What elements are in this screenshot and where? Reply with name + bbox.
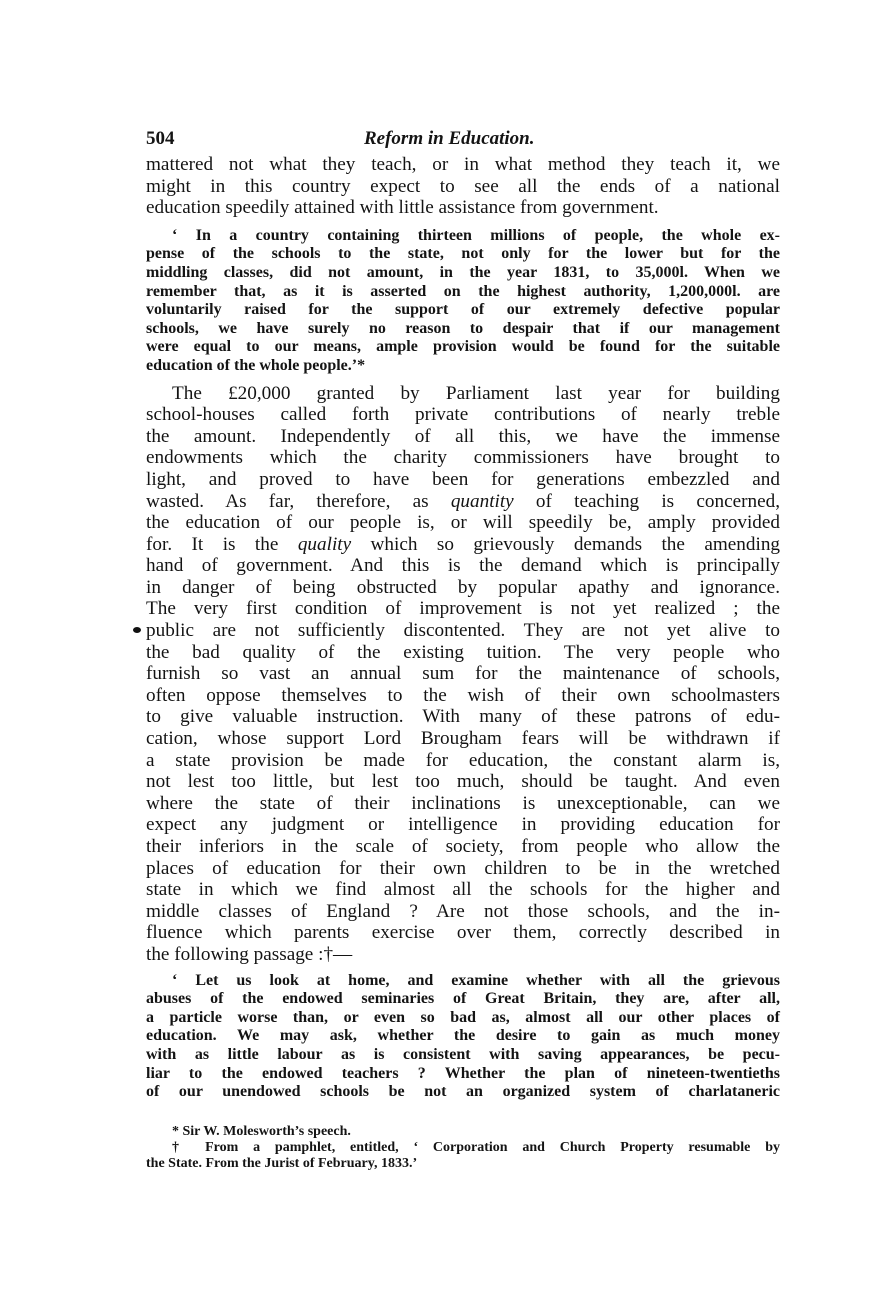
text-line: education speedily attained with little … [146, 197, 780, 219]
quote-line: ‘ In a country containing thirteen milli… [146, 227, 780, 246]
footnote-line: † From a pamphlet, entitled, ‘ Corporati… [146, 1140, 780, 1156]
running-title: Reform in Education. [364, 128, 535, 150]
text-line: The very first condition of improvement … [146, 598, 780, 620]
footnote-dagger: † From a pamphlet, entitled, ‘ Corporati… [146, 1140, 780, 1172]
text-line: in danger of being obstructed by popular… [146, 577, 780, 599]
quote-line: were equal to our means, ample provision… [146, 338, 780, 357]
quote-line: of our unendowed schools be not an organ… [146, 1083, 780, 1102]
text-line: wasted. As far, therefore, as quantity o… [146, 491, 780, 513]
text-line: expect any judgment or intelligence in p… [146, 814, 780, 836]
text-line: cation, whose support Lord Brougham fear… [146, 728, 780, 750]
paragraph-main: The £20,000 granted by Parliament last y… [146, 383, 780, 966]
quote-line: liar to the endowed teachers ? Whether t… [146, 1065, 780, 1084]
text-line: their inferiors in the scale of society,… [146, 836, 780, 858]
text-line: where the state of their inclinations is… [146, 793, 780, 815]
block-quote-molesworth: ‘ In a country containing thirteen milli… [146, 227, 780, 376]
footnotes: * Sir W. Molesworth’s speech. † From a p… [146, 1124, 780, 1172]
italic-emphasis: quality [298, 534, 351, 555]
text-line: fluence which parents exercise over them… [146, 922, 780, 944]
document-page: 504 Reform in Education. mattered not wh… [146, 128, 780, 1172]
quote-line: a particle worse than, or even so bad as… [146, 1009, 780, 1028]
text-line: public are not sufficiently discontented… [146, 620, 780, 642]
text-line: light, and proved to have been for gener… [146, 469, 780, 491]
text-line: places of education for their own childr… [146, 858, 780, 880]
quote-line: schools, we have surely no reason to des… [146, 320, 780, 339]
paragraph-continuation: mattered not what they teach, or in what… [146, 154, 780, 219]
quote-line: abuses of the endowed seminaries of Grea… [146, 990, 780, 1009]
page-number: 504 [146, 128, 175, 150]
footnote-asterisk: * Sir W. Molesworth’s speech. [146, 1124, 780, 1140]
text-line: might in this country expect to see all … [146, 176, 780, 198]
text-line: mattered not what they teach, or in what… [146, 154, 780, 176]
quote-line: pense of the schools to the state, not o… [146, 245, 780, 264]
italic-emphasis: quantity [451, 491, 514, 512]
quote-line: middling classes, did not amount, in the… [146, 264, 780, 283]
text-line: furnish so vast an annual sum for the ma… [146, 663, 780, 685]
text-line: to give valuable instruction. With many … [146, 706, 780, 728]
text-line: often oppose themselves to the wish of t… [146, 685, 780, 707]
text-line: The £20,000 granted by Parliament last y… [146, 383, 780, 405]
text-line: middle classes of England ? Are not thos… [146, 901, 780, 923]
block-quote-jurist: ‘ Let us look at home, and examine wheth… [146, 972, 780, 1102]
quote-line: remember that, as it is asserted on the … [146, 283, 780, 302]
quote-line: education of the whole people.’* [146, 357, 780, 376]
text-line: for. It is the quality which so grievous… [146, 534, 780, 556]
quote-line: ‘ Let us look at home, and examine wheth… [146, 972, 780, 991]
footnote-line: * Sir W. Molesworth’s speech. [146, 1124, 780, 1140]
text-line: not lest too little, but lest too much, … [146, 771, 780, 793]
footnote-line: the State. From the Jurist of February, … [146, 1156, 780, 1172]
text-line: the education of our people is, or will … [146, 512, 780, 534]
ink-blot-icon [133, 627, 141, 633]
text-line: the bad quality of the existing tuition.… [146, 642, 780, 664]
quote-line: with as little labour as is consistent w… [146, 1046, 780, 1065]
quote-line: education. We may ask, whether the desir… [146, 1027, 780, 1046]
text-line: hand of government. And this is the dema… [146, 555, 780, 577]
quote-line: voluntarily raised for the support of ou… [146, 301, 780, 320]
text-line: the following passage :†— [146, 944, 780, 966]
text-line: school-houses called forth private contr… [146, 404, 780, 426]
text-line: the amount. Independently of all this, w… [146, 426, 780, 448]
text-line: endowments which the charity commissione… [146, 447, 780, 469]
text-line: state in which we find almost all the sc… [146, 879, 780, 901]
running-head: 504 Reform in Education. [146, 128, 780, 154]
text-line: a state provision be made for education,… [146, 750, 780, 772]
